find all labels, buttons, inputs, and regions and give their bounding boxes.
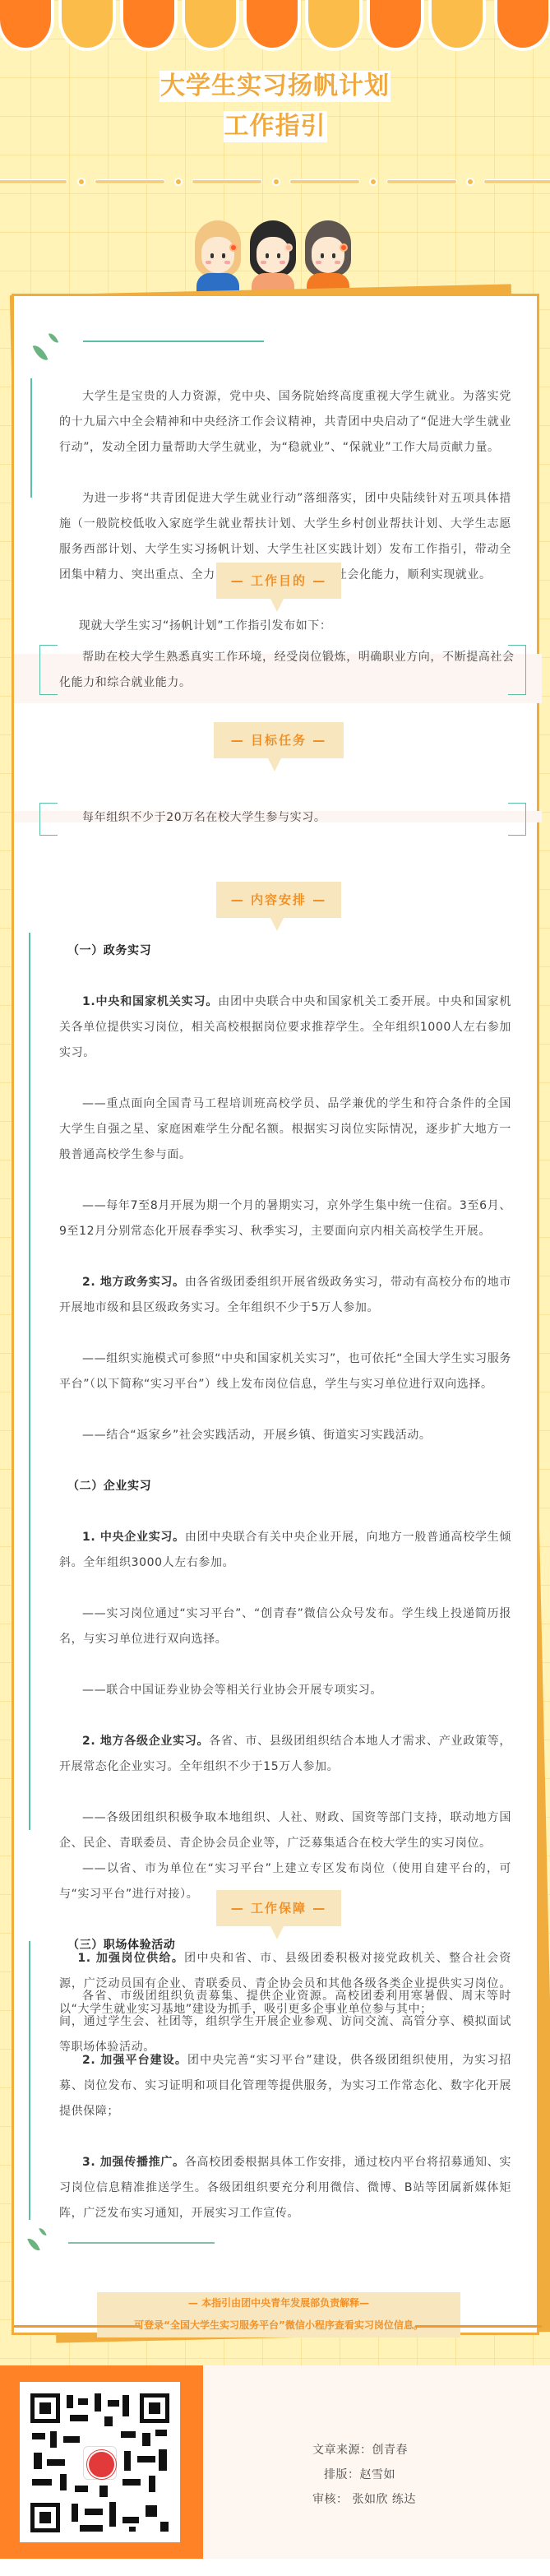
guarantee-item-1: 1. 加强岗位供给。团中央和省、市、县级团委积极对接党政机关、整合社会资源，广泛… xyxy=(59,1946,511,2022)
section-tag-guarantee: — 工作保障 — xyxy=(216,1890,341,1926)
gov-item-1-sub-2: ——每年7至8月开展为期一个月的暑期实习，京外学生集中统一住宿。3至6月、9至1… xyxy=(59,1193,511,1244)
intro-text: 大学生是宝贵的人力资源，党中央、国务院始终高度重视大学生就业。为落实党的十九届六… xyxy=(59,384,511,639)
qr-center-logo-icon xyxy=(83,2446,117,2480)
girl-blonde-icon xyxy=(193,220,243,294)
gov-item-2-sub-1: ——组织实施模式可参照“中央和国家机关实习”，也可依托“全国大学生实习服务平台”… xyxy=(59,1346,511,1397)
section-tag-goal: — 目标任务 — xyxy=(214,722,344,758)
enterprise-item-2: 2. 地方各级企业实习。各省、市、县级团组织结合本地人才需求、产业政策等，开展常… xyxy=(59,1729,511,1780)
girl-gray-hair-icon xyxy=(303,220,353,294)
purpose-text: 帮助在校大学生熟悉真实工作环境，经受岗位锻炼，明确职业方向，不断提高社会化能力和… xyxy=(59,645,515,696)
intro-paragraph-1: 大学生是宝贵的人力资源，党中央、国务院始终高度重视大学生就业。为落实党的十九届六… xyxy=(59,384,511,461)
gov-item-1-sub-1: ——重点面向全国青马工程培训班高校学员、品学兼优的学生和符合条件的全国大学生自强… xyxy=(59,1091,511,1168)
goal-text: 每年组织不少于20万名在校大学生参与实习。 xyxy=(59,805,515,831)
intro-paragraph-3: 现就大学生实习“扬帆计划”工作指引发布如下： xyxy=(59,614,511,639)
heading-gov-internship: （一）政务实习 xyxy=(67,938,511,964)
layout-credit: 排版：赵雪如 xyxy=(312,2462,416,2487)
gov-item-1: 1.中央和国家机关实习。由团中央联合中央和国家机关工委开展。中央和国家机关各单位… xyxy=(59,989,511,1066)
interpretation-note: — 本指引由团中央青年发展部负责解释— 可登录“全国大学生实习服务平台”微信小程… xyxy=(97,2292,460,2337)
qr-code[interactable] xyxy=(20,2382,180,2542)
leaf-divider-line xyxy=(68,2242,215,2244)
enterprise-item-2-sub-1: ——各级团组织积极争取本地组织、人社、财政、国资等部门支持，联动地方国企、民企、… xyxy=(59,1805,511,1856)
dashed-divider-decoration xyxy=(0,178,550,186)
card-bottom-accent-left xyxy=(14,2325,141,2328)
gov-item-2: 2. 地方政务实习。由各省级团委组织开展省级政务实习，带动有高校分布的地市开展地… xyxy=(59,1270,511,1321)
content-side-bar xyxy=(29,933,30,1830)
guarantee-side-bar xyxy=(29,1941,30,2220)
content-card: 大学生是宝贵的人力资源，党中央、国务院始终高度重视大学生就业。为落实党的十九届六… xyxy=(12,294,539,2335)
credits-footer: 文章来源：创青春 排版：赵雪如 审核： 张如欣 练达 xyxy=(0,2365,550,2559)
title-line-2: 工作指引 xyxy=(224,111,327,142)
scalloped-awning-decoration xyxy=(0,0,550,58)
guarantee-item-2: 2. 加强平台建设。团中央完善“实习平台”建设，供各级团组织使用，为实习招募、岗… xyxy=(59,2048,511,2124)
review-credit: 审核： 张如欣 练达 xyxy=(312,2487,416,2512)
credits-list: 文章来源：创青春 排版：赵雪如 审核： 张如欣 练达 xyxy=(312,2438,416,2512)
enterprise-item-1: 1. 中央企业实习。由团中央联合有关中央企业开展，向地方一般普通高校学生倾斜。全… xyxy=(59,1525,511,1576)
three-girls-illustration xyxy=(189,220,354,294)
note-line-2: 可登录“全国大学生实习服务平台”微信小程序查看实习岗位信息。 xyxy=(97,2314,460,2337)
page-title: 大学生实习扬帆计划 工作指引 xyxy=(0,71,550,142)
note-line-1: — 本指引由团中央青年发展部负责解释— xyxy=(97,2292,460,2314)
article-page: 大学生实习扬帆计划 工作指引 xyxy=(0,0,550,2576)
guarantee-item-3: 3. 加强传播推广。各高校团委根据具体工作安排，通过校内平台将招募通知、实习岗位… xyxy=(59,2150,511,2226)
enterprise-item-1-sub-2: ——联合中国证券业协会等相关行业协会开展专项实习。 xyxy=(59,1678,511,1703)
qr-panel xyxy=(0,2365,203,2559)
title-line-1: 大学生实习扬帆计划 xyxy=(159,71,391,102)
leaf-icon xyxy=(35,332,85,365)
gov-item-2-sub-2: ——结合“返家乡”社会实践活动，开展乡镇、街道实习实践活动。 xyxy=(59,1423,511,1448)
guarantee-text: 1. 加强岗位供给。团中央和省、市、县级团委积极对接党政机关、整合社会资源，广泛… xyxy=(59,1946,511,2226)
leaf-icon xyxy=(30,2227,79,2260)
enterprise-item-1-sub-1: ——实习岗位通过“实习平台”、“创青春”微信公众号发布。学生线上投递简历报名，与… xyxy=(59,1601,511,1652)
girl-black-hair-icon xyxy=(248,220,298,294)
section-tag-purpose: — 工作目的 — xyxy=(216,563,341,599)
heading-enterprise-internship: （二）企业实习 xyxy=(67,1474,511,1499)
card-bottom-accent-right xyxy=(415,2325,542,2328)
intro-side-bar xyxy=(30,378,32,498)
article-source: 文章来源：创青春 xyxy=(312,2438,416,2462)
section-tag-content: — 内容安排 — xyxy=(216,882,341,918)
leaf-divider-line xyxy=(83,341,264,342)
